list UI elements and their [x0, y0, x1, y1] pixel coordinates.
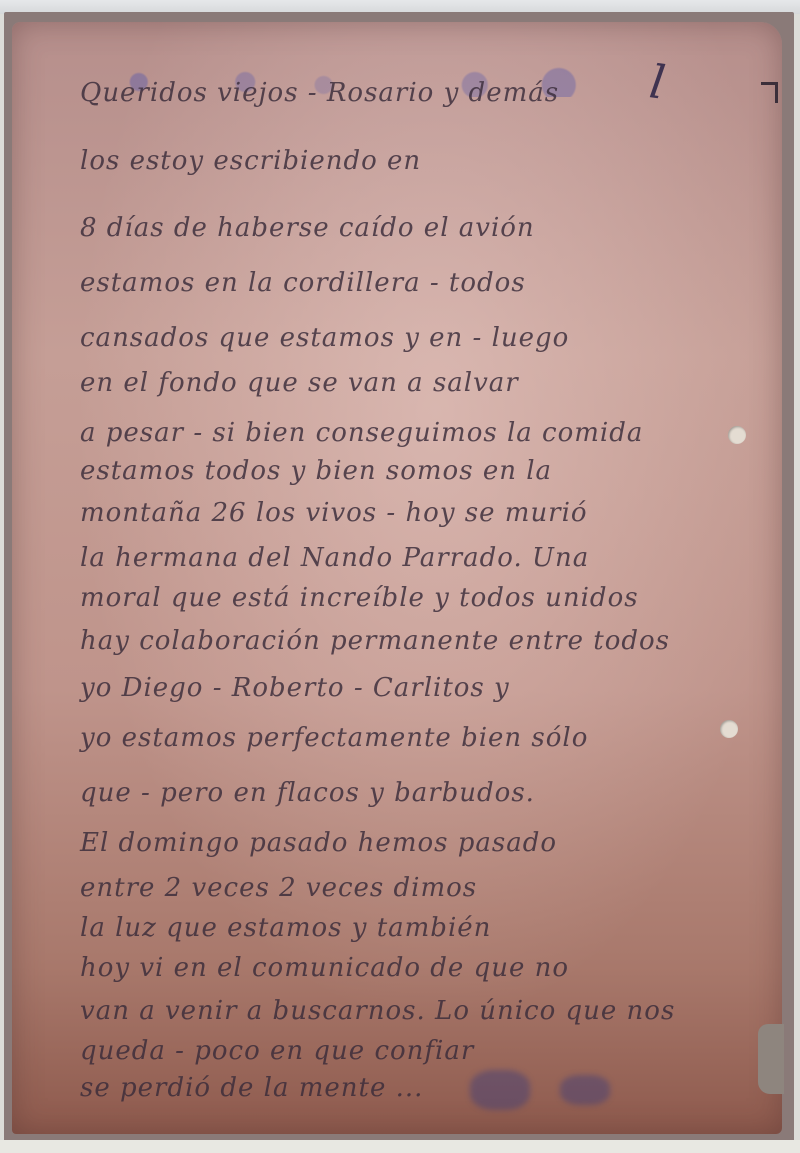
- handwritten-line: yo estamos perfectamente bien sólo: [80, 723, 588, 753]
- corner-tick-mark: [761, 82, 778, 103]
- handwritten-line: entre 2 veces 2 veces dimos: [80, 873, 477, 903]
- ink-blot: [470, 1070, 530, 1110]
- handwritten-line: hoy vi en el comunicado de que no: [80, 953, 569, 983]
- handwritten-line: estamos en la cordillera - todos: [80, 268, 526, 298]
- handwritten-line: en el fondo que se van a salvar: [80, 368, 519, 398]
- handwritten-line: hay colaboración permanente entre todos: [80, 626, 670, 656]
- handwritten-line: la luz que estamos y también: [80, 913, 491, 943]
- handwritten-line: que - pero en flacos y barbudos.: [80, 778, 535, 808]
- handwritten-line: montaña 26 los vivos - hoy se murió: [80, 498, 588, 528]
- handwritten-line: cansados que estamos y en - luego: [80, 323, 569, 353]
- handwritten-line: a pesar - si bien conseguimos la comida: [80, 418, 643, 448]
- handwritten-line: estamos todos y bien somos en la: [80, 456, 552, 486]
- handwritten-line: los estoy escribiendo en: [80, 146, 421, 176]
- punch-hole-top: [728, 426, 746, 444]
- handwritten-line: El domingo pasado hemos pasado: [80, 828, 557, 858]
- handwritten-line: van a venir a buscarnos. Lo único que no…: [80, 996, 675, 1026]
- handwritten-line: moral que está increíble y todos unidos: [80, 583, 639, 613]
- handwritten-line: la hermana del Nando Parrado. Una: [80, 543, 589, 573]
- handwritten-line: Queridos viejos - Rosario y demás: [80, 78, 559, 108]
- handwritten-line: yo Diego - Roberto - Carlitos y: [80, 673, 510, 703]
- photo-mount-bottom: [0, 1140, 800, 1153]
- punch-hole-bottom: [720, 720, 738, 738]
- handwritten-line: queda - poco en que confiar: [80, 1036, 474, 1066]
- ink-blot: [560, 1075, 610, 1105]
- handwritten-line: se perdió de la mente ...: [80, 1073, 423, 1103]
- handwritten-line: 8 días de haberse caído el avión: [80, 213, 535, 243]
